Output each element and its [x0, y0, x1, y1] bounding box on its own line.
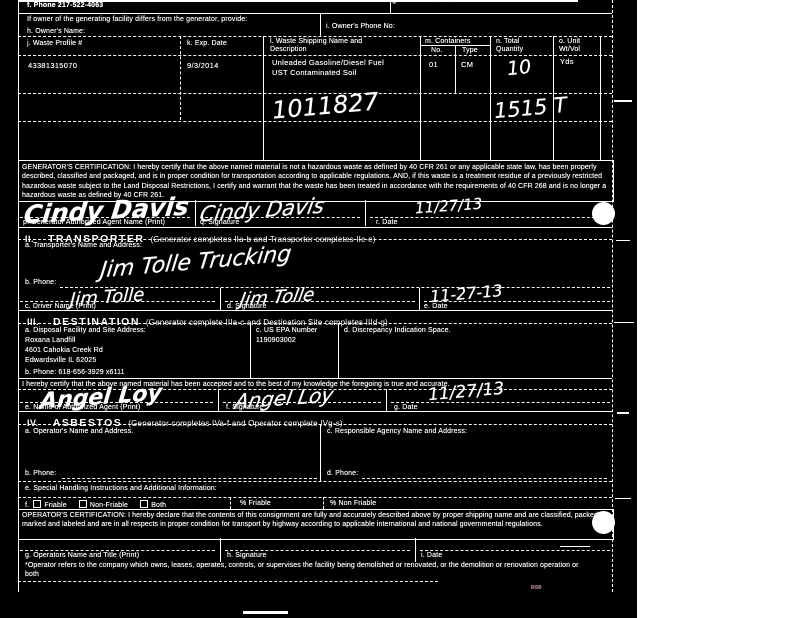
divider — [18, 36, 612, 37]
friable-prefix: f. — [25, 502, 29, 509]
divider — [195, 200, 196, 226]
asbestos-section-number: IV. — [27, 418, 39, 428]
generator-phone: f. Phone 217-522-4063 — [27, 2, 103, 10]
disposal-address-line2: 4601 Cahokia Creek Rd — [25, 347, 103, 355]
divider — [455, 45, 456, 93]
scan-artifact — [616, 240, 630, 241]
both-checkbox[interactable] — [140, 500, 148, 508]
disposal-phone: b. Phone: 618-656-3929 x6111 — [25, 369, 125, 377]
divider — [490, 36, 491, 160]
divider — [420, 550, 610, 551]
operator-footnote: *Operator refers to the company which ow… — [25, 561, 585, 580]
non-friable-checkbox[interactable] — [79, 500, 87, 508]
operator-certification-text: OPERATOR'S CERTIFICATION: I hereby decla… — [22, 511, 600, 530]
transporter-name-label: a. Transporter's Name and Address: — [25, 242, 142, 250]
generator-name-label: p. Generator Authorized Agent Name (Prin… — [23, 219, 165, 227]
divider — [18, 239, 612, 240]
divider — [320, 13, 321, 36]
operator-name-label: a. Operator's Name and Address. — [25, 428, 133, 436]
divider — [18, 310, 612, 311]
divider — [220, 288, 221, 310]
divider — [230, 497, 231, 509]
divider — [250, 323, 251, 378]
divider — [223, 402, 381, 403]
scan-artifact — [560, 546, 590, 547]
operator-date-label: i. Date — [421, 552, 442, 560]
scan-artifact — [617, 412, 629, 414]
friable-label: Friable — [44, 502, 66, 509]
epa-number-label: c. US EPA Number — [256, 327, 317, 335]
containers-no-header: No. — [431, 47, 442, 55]
pct-friable-label: % Friable — [240, 500, 271, 508]
divider — [18, 481, 612, 482]
disposal-address-label: a. Disposal Facility and Site Address: — [25, 327, 146, 335]
exp-date-value: 9/3/2014 — [187, 61, 219, 70]
shipping-name-header: l. Waste Shipping Name and Description — [270, 38, 390, 54]
hole-punch — [592, 511, 615, 534]
generator-date-handwritten: 11/27/13 — [414, 195, 482, 218]
operator-printed-name-label: g. Operators Name and Title (Print) — [25, 552, 139, 560]
form-right-border — [612, 0, 613, 592]
both-label: Both — [151, 502, 166, 509]
divider — [18, 424, 612, 425]
friable-checkbox[interactable] — [33, 500, 41, 508]
disposal-address-line3: Edwardsville IL 62025 — [25, 357, 96, 365]
divider — [18, 121, 612, 122]
pct-non-friable-label: % Non Friable — [330, 500, 376, 508]
owner-differs-note: If owner of the generating facility diff… — [27, 16, 247, 24]
divider — [323, 497, 324, 509]
total-quantity-header2: Quantity — [496, 46, 523, 54]
handwritten-quantity-1: 10 — [506, 56, 532, 80]
divider — [18, 581, 438, 582]
divider — [62, 478, 317, 479]
owner-phone-label: i. Owner's Phone No: — [326, 23, 395, 31]
divider — [20, 217, 190, 218]
special-handling-label: e. Special Handling Instructions and Add… — [25, 485, 217, 493]
divider — [18, 323, 612, 324]
total-quantity-header: n. Total — [496, 38, 520, 46]
divider — [20, 550, 215, 551]
divider — [390, 0, 391, 13]
print-registration-mark: R08 — [531, 585, 542, 591]
owner-name-label: h. Owner's Name: — [27, 28, 85, 36]
divider — [18, 378, 612, 379]
asbestos-phone-b-label: b. Phone: — [25, 470, 56, 478]
divider — [218, 389, 219, 411]
scanned-waste-manifest: f. Phone 217-522-4063 g. Phone: 217-522-… — [0, 0, 800, 618]
agency-name-label: c. Responsible Agency Name and Address: — [327, 428, 467, 436]
owner-phone-g: g. Phone: 217-522-4063 — [392, 0, 473, 5]
form-left-border — [18, 0, 19, 592]
scan-artifact — [243, 611, 288, 614]
destination-section-number: III. — [27, 317, 39, 327]
discrepancy-label: d. Discrepancy Indication Space. — [344, 327, 451, 335]
divider — [338, 323, 339, 378]
divider — [424, 301, 610, 302]
container-type-value: CM — [461, 60, 473, 69]
divider — [419, 288, 420, 310]
unit-header2: Wt/Vol — [559, 46, 580, 54]
divider — [600, 36, 601, 160]
disposal-address-line1: Roxana Landfill — [25, 337, 76, 345]
shipping-name-line2: UST Contaminated Soil — [272, 68, 357, 77]
scan-artifact — [615, 498, 631, 499]
operator-sig-label: h. Signature — [227, 552, 267, 560]
divider — [18, 411, 612, 412]
divider — [20, 402, 213, 403]
divider — [420, 36, 421, 160]
divider — [225, 301, 415, 302]
divider — [362, 478, 607, 479]
unit-header: o. Unit — [559, 38, 580, 46]
hole-punch — [592, 202, 615, 225]
containers-type-header: Type — [462, 47, 478, 55]
divider — [20, 301, 215, 302]
divider — [18, 13, 612, 14]
waste-profile-value: 43381315070 — [28, 61, 77, 70]
unit-value: Yds — [560, 57, 574, 66]
epa-number-value: 1190903002 — [256, 337, 296, 345]
scan-artifact — [614, 100, 632, 102]
generator-sig-label: q. Signature — [200, 219, 240, 227]
divider — [391, 402, 610, 403]
scanner-margin — [637, 0, 800, 618]
divider — [365, 200, 366, 226]
exp-date-header: k. Exp. Date — [187, 40, 227, 48]
scan-artifact — [614, 322, 634, 323]
divider — [415, 538, 416, 562]
container-no-value: 01 — [429, 60, 438, 69]
divider — [200, 217, 360, 218]
waste-profile-header: j. Waste Profile # — [27, 40, 82, 48]
divider — [320, 424, 321, 481]
divider — [263, 36, 264, 160]
handwritten-quantity-2: 1515 T — [493, 93, 568, 123]
divider — [386, 389, 387, 411]
divider — [180, 36, 181, 120]
divider — [220, 538, 221, 562]
divider — [370, 217, 610, 218]
divider — [225, 550, 410, 551]
transporter-phone-label: b. Phone: — [25, 279, 56, 287]
divider — [18, 227, 612, 228]
generator-date-label: r. Date — [376, 219, 398, 227]
divider — [18, 497, 612, 498]
asbestos-phone-d-label: d. Phone: — [327, 470, 358, 478]
shipping-name-line1: Unleaded Gasoline/Diesel Fuel — [272, 58, 384, 67]
non-friable-label: Non-Friable — [90, 502, 128, 509]
